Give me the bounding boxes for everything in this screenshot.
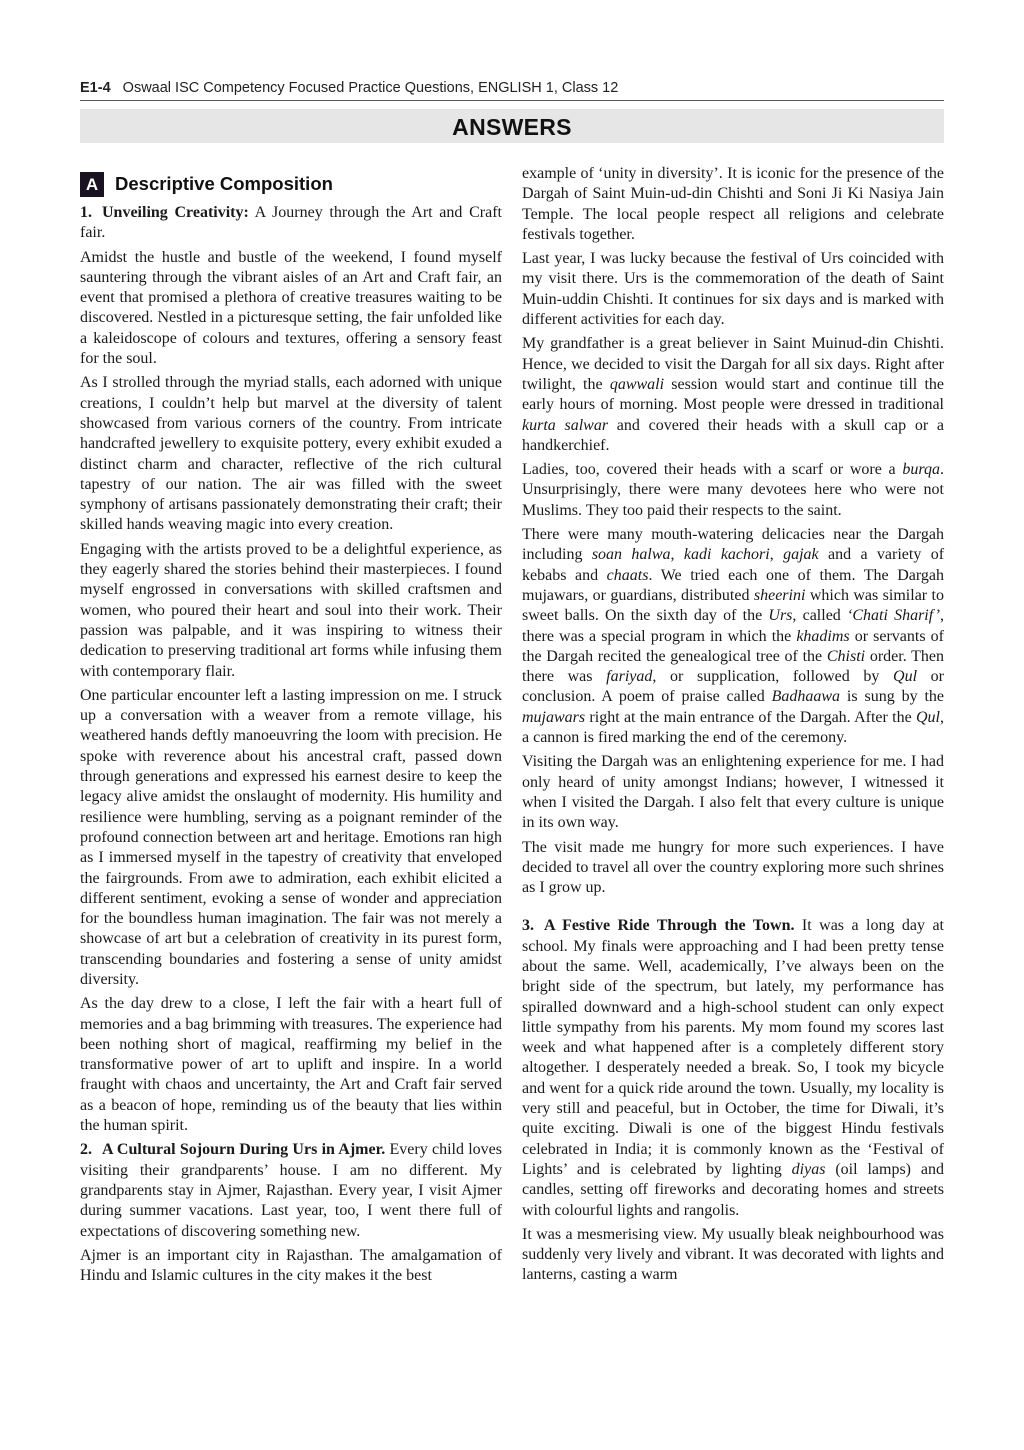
italic-term: soan halwa [592,546,671,563]
paragraph: It was a mesmerising view. My usually bl… [522,1225,944,1286]
italic-term: Badhaawa [772,688,840,705]
text-run: , [671,546,684,563]
paragraph: One particular encounter left a lasting … [80,686,502,990]
paragraph: As I strolled through the myriad stalls,… [80,373,502,535]
text-run: , called [792,607,847,624]
book-title: Oswaal ISC Competency Focused Practice Q… [123,80,619,96]
text-run: Ladies, too, covered their heads with a … [522,461,902,478]
italic-term: kadi kachori [684,546,770,563]
answers-banner: ANSWERS [80,109,944,143]
italic-term: Qul [916,709,940,726]
italic-term: burqa [902,461,940,478]
paragraph: Last year, I was lucky because the festi… [522,249,944,330]
italic-term: Qul [893,668,917,685]
italic-term: chaats [607,567,649,584]
italic-term: khadims [796,628,849,645]
section-heading: A Descriptive Composition [80,172,502,197]
italic-term: Chisti [827,648,865,665]
paragraph: As the day drew to a close, I left the f… [80,994,502,1136]
paragraph: Ladies, too, covered their heads with a … [522,460,944,521]
paragraph: Amidst the hustle and bustle of the week… [80,248,502,370]
text-run: is sung by the [840,688,944,705]
question-title: A Festive Ride Through the Town. [544,917,794,934]
text-run: , or supplication, followed by [652,668,893,685]
section-badge: A [80,172,104,197]
left-column: A Descriptive Composition 1.Unveiling Cr… [80,172,502,1290]
paragraph: The visit made me hungry for more such e… [522,838,944,899]
paragraph: My grandfather is a great believer in Sa… [522,334,944,456]
page-code: E1-4 [80,80,111,96]
text-run: , [770,546,783,563]
italic-term: mujawars [522,709,585,726]
italic-term: ‘Chati Sharif’ [847,607,940,624]
question-3-paragraph: 3.A Festive Ride Through the Town. It wa… [522,916,944,1220]
question-title: Unveiling Creativity: [102,204,249,221]
question-number: 1. [80,204,92,221]
question-number: 3. [522,917,534,934]
paragraph: There were many mouth-watering delicacie… [522,525,944,748]
document-page: E1-4 Oswaal ISC Competency Focused Pract… [0,0,1024,1450]
italic-term: qawwali [610,376,664,393]
italic-term: diyas [792,1161,826,1178]
running-header: E1-4 Oswaal ISC Competency Focused Pract… [80,78,944,101]
italic-term: Urs [768,607,792,624]
paragraph: Ajmer is an important city in Rajasthan.… [80,1246,502,1287]
banner-title: ANSWERS [452,114,572,140]
paragraph: Engaging with the artists proved to be a… [80,540,502,682]
text-run: right at the main entrance of the Dargah… [585,709,916,726]
question-title: A Cultural Sojourn During Urs in Ajmer. [102,1141,385,1158]
spacer [522,902,944,916]
italic-term: fariyad [606,668,652,685]
italic-term: gajak [783,546,819,563]
question-2-paragraph: 2.A Cultural Sojourn During Urs in Ajmer… [80,1140,502,1241]
text-run: It was a long day at school. My finals w… [522,917,944,1178]
italic-term: sheerini [754,587,806,604]
question-1-heading: 1.Unveiling Creativity: A Journey throug… [80,203,502,244]
question-number: 2. [80,1141,92,1158]
paragraph: Visiting the Dargah was an enlightening … [522,752,944,833]
right-column: example of ‘unity in diversity’. It is i… [522,164,944,1290]
section-title: Descriptive Composition [115,174,333,194]
paragraph: example of ‘unity in diversity’. It is i… [522,164,944,245]
italic-term: kurta salwar [522,417,608,434]
